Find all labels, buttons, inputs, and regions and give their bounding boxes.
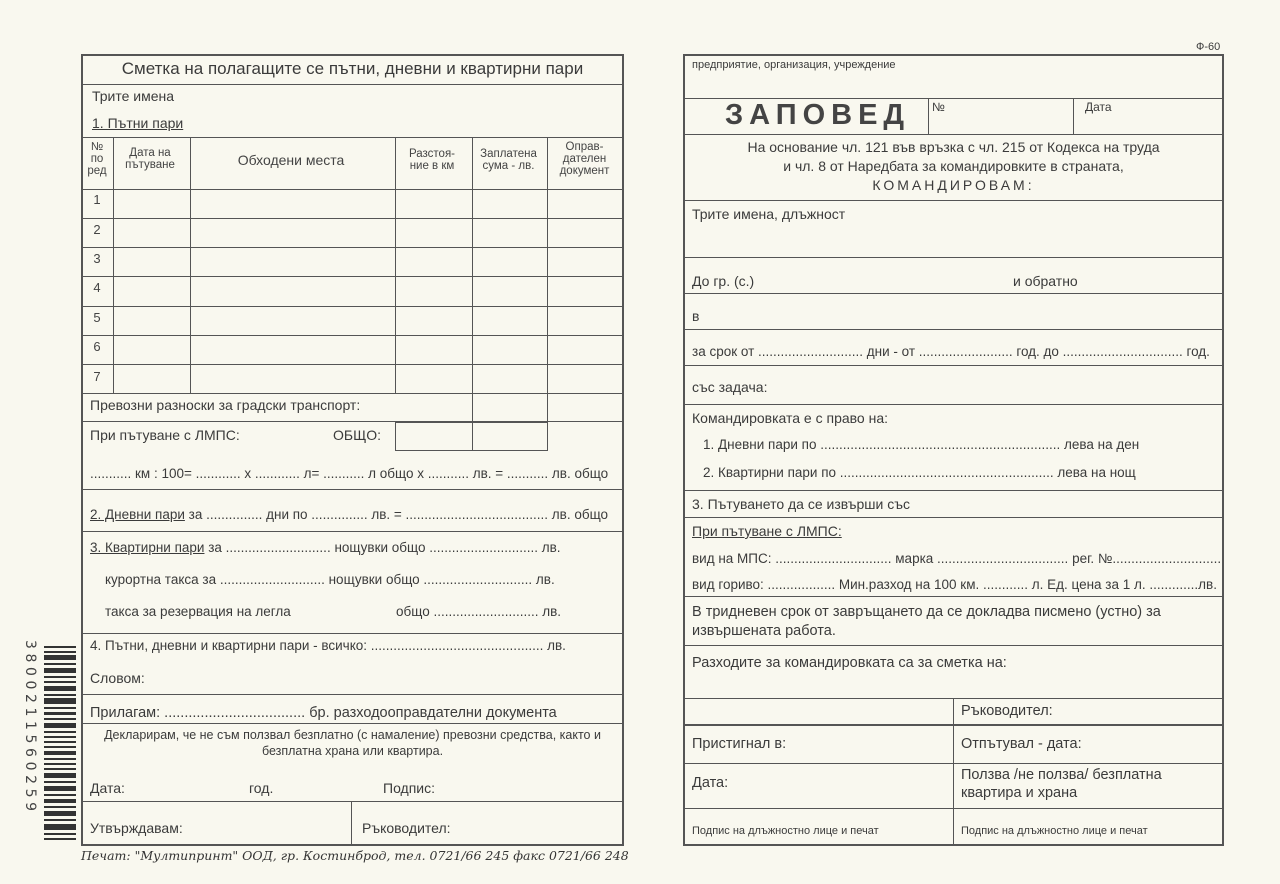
manager-label: Ръководител: <box>362 820 451 836</box>
attachments-line: Прилагам: ..............................… <box>90 705 557 721</box>
divider <box>685 329 1222 330</box>
divider <box>83 276 622 277</box>
divider <box>113 137 114 393</box>
year-label: год. <box>249 780 273 796</box>
departed-label: Отпътувал - дата: <box>961 736 1082 752</box>
table-row: 4 <box>82 280 112 295</box>
free-lodging-line-2: квартира и храна <box>961 785 1077 801</box>
divider <box>928 98 929 134</box>
entitled-label: Командировката е с право на: <box>692 410 888 426</box>
divider <box>83 531 622 532</box>
free-lodging-line-1: Ползва /не ползва/ безплатна <box>961 767 1162 783</box>
in-label: в <box>692 308 699 324</box>
divider <box>685 490 1222 491</box>
col-header-places: Обходени места <box>189 154 393 166</box>
date-label: Дата: <box>692 775 728 791</box>
fuel-calc-line: ........... км : 100= ............ х ...… <box>90 466 608 482</box>
divider <box>83 801 622 802</box>
divider <box>83 306 622 307</box>
divider <box>685 596 1222 597</box>
divider <box>472 137 473 451</box>
divider <box>1073 98 1074 134</box>
divider <box>685 257 1222 258</box>
daily-allowance-line: 2. Дневни пари за ............... дни по… <box>90 507 608 523</box>
fuel-line: вид гориво: .................. Мин.разхо… <box>692 577 1217 593</box>
and-back-label: и обратно <box>1013 273 1078 289</box>
declaration-line-2: безплатна храна или квартира. <box>81 743 624 759</box>
barcode <box>44 646 76 842</box>
table-row: 6 <box>82 339 112 354</box>
divider <box>953 698 954 846</box>
divider <box>685 645 1222 646</box>
signature-stamp-left: Подпис на длъжностно лице и печат <box>692 825 879 837</box>
col-header-distance: Разстоя- ние в км <box>394 148 470 172</box>
divider <box>685 404 1222 405</box>
resort-tax-line: курортна такса за ......................… <box>105 572 555 588</box>
divider <box>395 421 396 451</box>
task-label: със задача: <box>692 379 767 395</box>
report-line-1: В тридневен срок от завръщането да се до… <box>692 604 1161 620</box>
divider <box>685 517 1222 518</box>
divider <box>83 393 622 394</box>
divider <box>83 723 622 724</box>
reservation-tax-label: такса за резервация на легла <box>105 604 291 620</box>
form-code: Ф-60 <box>1196 41 1220 53</box>
divider <box>83 489 622 490</box>
divider <box>83 247 622 248</box>
reservation-total-line: общо ............................ лв. <box>396 604 561 620</box>
section-travel-heading: 1. Пътни пари <box>92 115 183 131</box>
divider <box>83 694 622 695</box>
total-label: ОБЩО: <box>333 427 381 443</box>
col-header-no: № по ред <box>83 141 111 177</box>
travel-with-label: 3. Пътуването да се извърши със <box>692 496 910 512</box>
legal-basis-line-2: и чл. 8 от Наредбата за командировките в… <box>683 158 1224 174</box>
divider <box>83 633 622 634</box>
divider <box>83 218 622 219</box>
lodging-line: 3. Квартирни пари за ...................… <box>90 540 561 556</box>
divider <box>83 137 622 138</box>
table-row: 7 <box>82 369 112 384</box>
signature-label: Подпис: <box>383 780 435 796</box>
divider <box>395 450 548 451</box>
arrived-label: Пристигнал в: <box>692 736 786 752</box>
signature-stamp-right: Подпис на длъжностно лице и печат <box>961 825 1148 837</box>
divider <box>685 293 1222 294</box>
barcode-digits: 3800211560259 <box>22 640 38 850</box>
col-header-date: Дата на пътуване <box>112 147 188 171</box>
legal-basis-line-1: На основание чл. 121 във връзка с чл. 21… <box>683 139 1224 155</box>
divider <box>685 134 1222 135</box>
manager-label: Ръководител: <box>961 703 1053 719</box>
date-label: Дата: <box>90 780 125 796</box>
printer-footer: Печат: "Мултипринт" ООД, гр. Костинброд,… <box>81 848 629 864</box>
divider <box>685 200 1222 201</box>
table-row: 3 <box>82 251 112 266</box>
grand-total-line: 4. Пътни, дневни и квартирни пари - всич… <box>90 638 566 654</box>
expenses-label: Разходите за командировката са за сметка… <box>692 655 1007 671</box>
period-line: за срок от ............................ … <box>692 344 1210 360</box>
city-transport-label: Превозни разноски за градски транспорт: <box>90 397 360 413</box>
lmps-label: При пътуване с ЛМПС: <box>90 427 240 443</box>
divider <box>395 137 396 393</box>
divider <box>83 84 622 85</box>
divider <box>83 364 622 365</box>
order-verb: КОМАНДИРОВАМ: <box>683 177 1224 193</box>
order-title: ЗАПОВЕД <box>725 99 910 131</box>
full-name-label: Трите имена <box>92 88 174 104</box>
report-line-2: извършената работа. <box>692 623 836 639</box>
declaration-line-1: Декларирам, че не съм ползвал безплатно … <box>81 727 624 743</box>
in-words-label: Словом: <box>90 670 145 686</box>
destination-city-label: До гр. (с.) <box>692 273 754 289</box>
lmps-heading: При пътуване с ЛМПС: <box>692 523 842 539</box>
form-title: Сметка на полагащите се пътни, дневни и … <box>81 60 624 78</box>
table-row: 1 <box>82 192 112 207</box>
col-header-paid-amount: Заплатена сума - лв. <box>471 148 546 172</box>
divider <box>547 137 548 451</box>
divider <box>351 801 352 846</box>
col-header-document: Оправ- дателен документ <box>547 141 622 177</box>
lodging-allowance-line: 2. Квартирни пари по ...................… <box>703 465 1136 481</box>
divider <box>190 137 191 393</box>
daily-allowance-line: 1. Дневни пари по ......................… <box>703 437 1139 453</box>
vehicle-line: вид на МПС: ............................… <box>692 551 1221 567</box>
table-row: 5 <box>82 310 112 325</box>
divider <box>83 189 622 190</box>
divider <box>685 365 1222 366</box>
order-date-label: Дата <box>1085 101 1112 113</box>
organization-label: предприятие, организация, учреждение <box>692 59 896 71</box>
name-position-label: Трите имена, длъжност <box>692 206 845 222</box>
approve-label: Утвърждавам: <box>90 820 183 836</box>
table-row: 2 <box>82 222 112 237</box>
order-number-label: № <box>932 101 945 113</box>
divider <box>83 335 622 336</box>
